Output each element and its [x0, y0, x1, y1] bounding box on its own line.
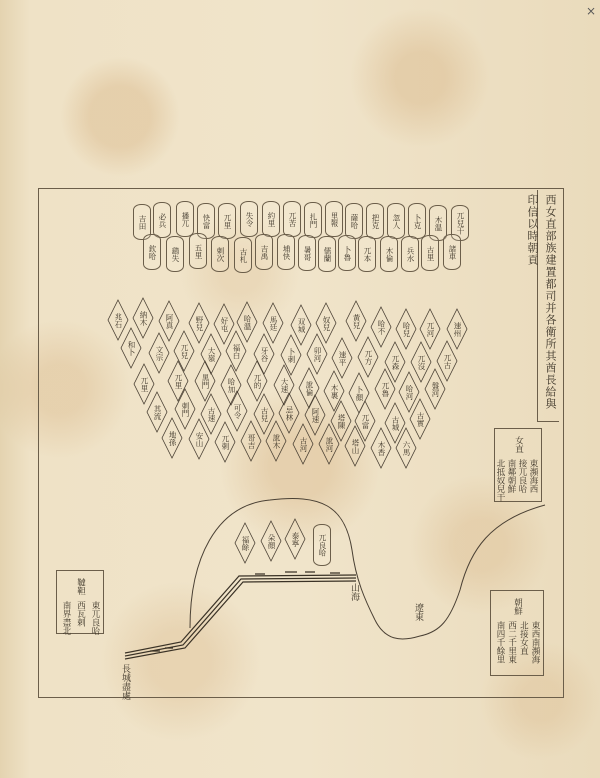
liaodong-label: 遼東	[413, 603, 423, 621]
garrison-diamond: 福餘	[234, 522, 256, 564]
garrison-plaque: 兀本	[358, 236, 376, 272]
note-col: 東西南瀕海	[529, 621, 540, 664]
shanhai-label: 山海	[349, 583, 359, 601]
garrison-plaque: 把克	[366, 203, 384, 239]
garrison-diamond: 安山	[188, 418, 210, 460]
garrison-diamond: 木香	[370, 427, 392, 469]
note-heading: 朝鮮	[512, 595, 523, 617]
note-col: 南四千餘里	[494, 621, 505, 664]
note-col: 東瀕海西	[527, 459, 538, 502]
garrison-plaque: 忽人	[387, 203, 405, 239]
garrison-plaque: 兀苦	[283, 201, 301, 237]
garrison-plaque: 卜克	[408, 203, 426, 239]
garrison-diamond: 古河	[292, 423, 314, 465]
garrison-plaque: 埔快	[277, 234, 295, 270]
garrison-plaque: 古里	[421, 235, 439, 271]
note-col: 北抵奴兒干	[494, 459, 505, 502]
garrison-plaque: 木倫	[380, 236, 398, 272]
note-col: 北接女直	[517, 621, 528, 664]
garrison-plaque: 吉禹	[255, 234, 273, 270]
garrison-plaque: 古札	[234, 237, 252, 273]
garrison-diamond: 訛河	[318, 423, 340, 465]
garrison-plaque: 兵水	[401, 236, 419, 272]
garrison-plaque: 五里	[189, 233, 207, 269]
garrison-diamond: 塔山	[344, 425, 366, 467]
great-wall-end-label: 長城盡處	[120, 664, 130, 700]
dada-note-box: 韃靼 東兀良哈 西瓦剌 南界盡北	[56, 570, 104, 634]
garrison-plaque: 暑哥	[298, 235, 316, 271]
chaoxian-note-box: 朝鮮 東西南瀕海 北接女直 西二千里東 南四千餘里	[490, 590, 544, 676]
note-col: 南界盡北	[60, 601, 71, 635]
garrison-plaque: 儒蘭	[318, 236, 336, 272]
garrison-diamond: 地孫	[161, 417, 183, 459]
garrison-plaque: 必兵	[153, 202, 171, 238]
note-col: 接兀良哈	[516, 459, 527, 502]
garrison-plaque: 諸車	[443, 234, 461, 270]
garrison-plaque: 欽哈	[143, 234, 161, 270]
garrison-diamond: 朵顔	[260, 520, 282, 562]
garrison-plaque: 扎門	[304, 202, 322, 238]
note-col: 東兀良哈	[89, 601, 100, 635]
garrison-plaque: 兀良哈	[313, 524, 331, 566]
garrison-plaque: 兀里	[218, 203, 236, 239]
note-heading: 女直	[513, 433, 524, 455]
garrison-plaque: 里報	[325, 201, 343, 237]
note-col: 西二千里東	[506, 621, 517, 664]
note-heading: 韃靼	[75, 575, 86, 597]
garrison-diamond: 哥吉	[240, 420, 262, 462]
garrison-plaque: 約里	[262, 201, 280, 237]
note-col: 西瓦剌	[75, 601, 86, 635]
garrison-diamond: 六馬	[395, 427, 417, 469]
garrison-diamond: 泰寧	[284, 518, 306, 560]
garrison-plaque: 鷂失	[166, 236, 184, 272]
garrison-plaque: 失令	[240, 201, 258, 237]
nuzhi-note-box: 女直 東瀕海西 接兀良哈 南鄰朝鮮 北抵奴兒干	[494, 428, 542, 502]
note-col: 南鄰朝鮮	[505, 459, 516, 502]
garrison-plaque: 薩哈	[345, 203, 363, 239]
garrison-diamond: 訛木	[265, 420, 287, 462]
garrison-plaque: 剌次	[211, 236, 229, 272]
garrison-plaque: 播兀	[176, 201, 194, 237]
garrison-diamond: 兀剌	[214, 421, 236, 463]
garrison-plaque: 卜魯	[338, 235, 356, 271]
